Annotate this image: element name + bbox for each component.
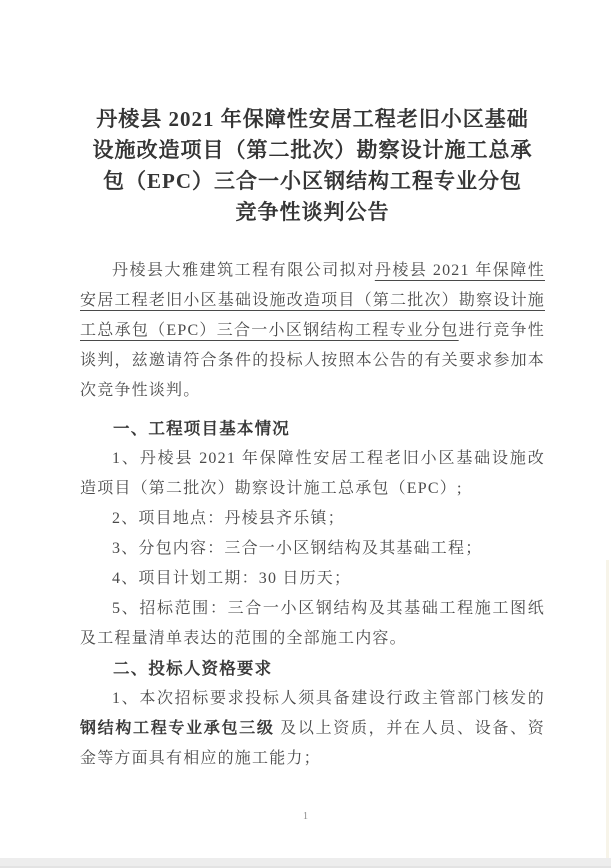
section1-item-subcontract-content: 3、分包内容：三合一小区钢结构及其基础工程； (80, 534, 545, 564)
scan-artifact-right-edge (606, 560, 609, 858)
section1-item-location: 2、项目地点：丹棱县齐乐镇； (80, 504, 545, 534)
intro-text-pre: 丹棱县大雅建筑工程有限公司拟对 (112, 262, 375, 279)
document-title: 丹棱县 2021 年保障性安居工程老旧小区基础 设施改造项目（第二批次）勘察设计… (80, 104, 545, 228)
title-line-4: 竞争性谈判公告 (80, 197, 545, 228)
qualification-text-pre: 1、本次招标要求投标人须具备建设行政主管部门核发的 (112, 690, 545, 707)
qualification-grade-bold: 钢结构工程专业承包三级 (80, 720, 275, 737)
title-line-2: 设施改造项目（第二批次）勘察设计施工总承 (80, 135, 545, 166)
intro-paragraph: 丹棱县大雅建筑工程有限公司拟对丹棱县 2021 年保障性安居工程老旧小区基础设施… (80, 256, 545, 406)
section1-item-project-name: 1、丹棱县 2021 年保障性安居工程老旧小区基础设施改造项目（第二批次）勘察设… (80, 444, 545, 504)
scanned-document-page: 丹棱县 2021 年保障性安居工程老旧小区基础 设施改造项目（第二批次）勘察设计… (0, 0, 611, 868)
section2-heading: 二、投标人资格要求 (80, 654, 545, 684)
document-content: 丹棱县 2021 年保障性安居工程老旧小区基础 设施改造项目（第二批次）勘察设计… (80, 0, 545, 774)
section1-heading: 一、工程项目基本情况 (80, 414, 545, 444)
page-number: 1 (0, 811, 611, 822)
scan-artifact-bottom-strip (0, 858, 611, 868)
section1-item-bid-scope: 5、招标范围：三合一小区钢结构及其基础工程施工图纸及工程量清单表达的范围的全部施… (80, 594, 545, 654)
title-line-1: 丹棱县 2021 年保障性安居工程老旧小区基础 (80, 104, 545, 135)
title-line-3: 包（EPC）三合一小区钢结构工程专业分包 (80, 166, 545, 197)
section2-item-qualification: 1、本次招标要求投标人须具备建设行政主管部门核发的钢结构工程专业承包三级 及以上… (80, 684, 545, 774)
section1-item-schedule: 4、项目计划工期：30 日历天； (80, 564, 545, 594)
